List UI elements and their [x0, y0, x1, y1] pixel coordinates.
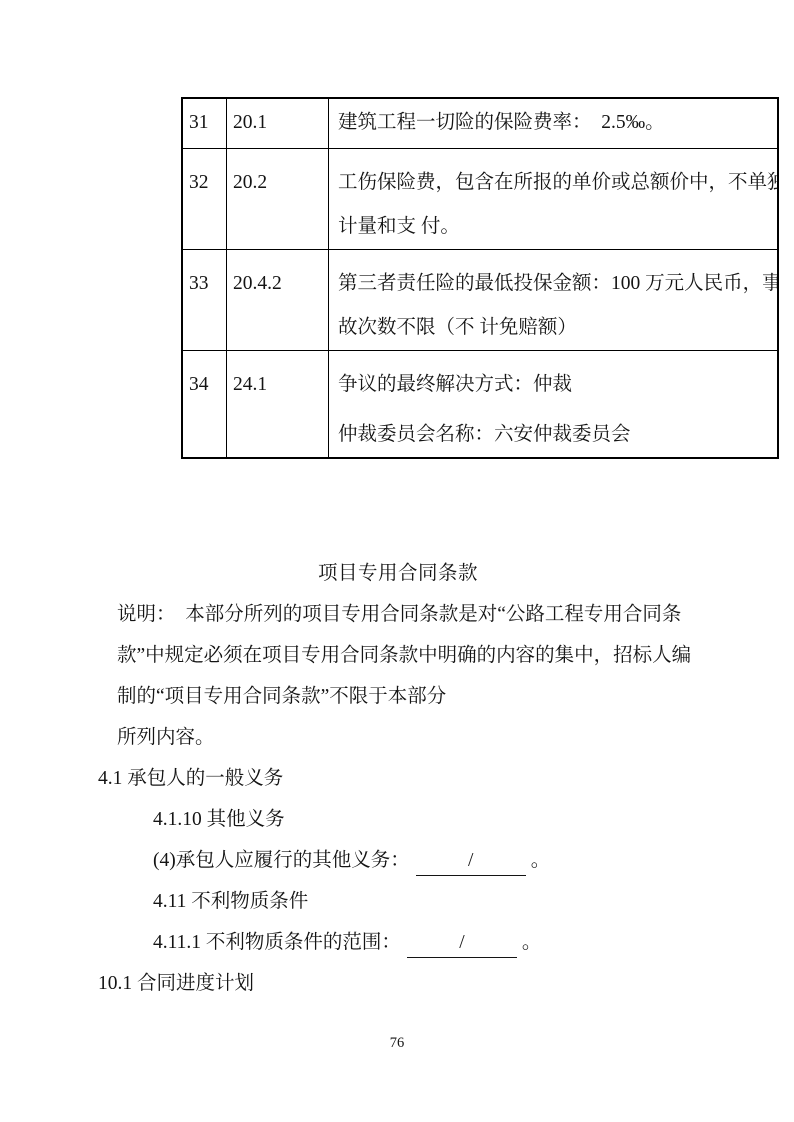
row-number: 31 [189, 101, 226, 145]
clause-number: 20.1 [233, 101, 328, 145]
row-number-cell: 33 [182, 249, 227, 350]
note-line: 制的“项目专用合同条款”不限于本部分 [117, 676, 698, 717]
fill-in-blank: / [407, 931, 517, 958]
clause-number-cell: 20.2 [227, 148, 329, 249]
clause-content-cell: 建筑工程一切险的保险费率： 2.5‰。 [329, 98, 779, 148]
clause-item-label: (4)承包人应履行的其他义务： [153, 850, 410, 871]
clause-number-cell: 20.1 [227, 98, 329, 148]
clause-item-label: 4.11.1 不利物质条件的范围： [153, 932, 401, 953]
blank-suffix: 。 [531, 850, 551, 871]
clause-content-cell: 第三者责任险的最低投保金额：100 万元人民币，事 故次数不限（不 计免赔额） [329, 249, 779, 350]
clause-content-line: 故次数不限（不 计免赔额） [338, 306, 777, 350]
section-title: 项目专用合同条款 [98, 553, 698, 594]
clause-content-cell: 争议的最终解决方式：仲裁 仲裁委员会名称：六安仲裁委员会 [329, 350, 779, 458]
table-row: 31 20.1 建筑工程一切险的保险费率： 2.5‰。 [182, 98, 778, 148]
contract-clauses-table: 31 20.1 建筑工程一切险的保险费率： 2.5‰。 32 20.2 工伤保险… [181, 97, 779, 459]
clause-content-line: 仲裁委员会名称：六安仲裁委员会 [338, 413, 777, 457]
clause-content-line: 建筑工程一切险的保险费率： 2.5‰。 [338, 101, 777, 145]
table-row: 32 20.2 工伤保险费，包含在所报的单价或总额价中，不单独 计量和支 付。 [182, 148, 778, 249]
clause-content-cell: 工伤保险费，包含在所报的单价或总额价中，不单独 计量和支 付。 [329, 148, 779, 249]
clause-heading-text: 4.1 承包人的一般义务 [98, 768, 283, 789]
row-number: 33 [189, 262, 226, 306]
clause-subheading-text: 4.11 不利物质条件 [153, 891, 308, 912]
clause-subheading: 4.1.10 其他义务 [153, 799, 698, 840]
clause-item-with-blank: 4.11.1 不利物质条件的范围：/。 [153, 922, 698, 963]
fill-in-blank: / [416, 849, 526, 876]
clause-number-cell: 24.1 [227, 350, 329, 458]
row-number: 34 [189, 363, 226, 407]
clause-content-line: 工伤保险费，包含在所报的单价或总额价中，不单独 [338, 161, 777, 205]
clause-heading-text: 10.1 合同进度计划 [98, 973, 254, 994]
clause-subheading: 4.11 不利物质条件 [153, 881, 698, 922]
row-number: 32 [189, 161, 226, 205]
note-line: 所列内容。 [117, 717, 698, 758]
note-line: 说明： 本部分所列的项目专用合同条款是对“公路工程专用合同条 [117, 594, 698, 635]
clause-item-with-blank: (4)承包人应履行的其他义务：/。 [153, 840, 698, 881]
clause-content-line: 争议的最终解决方式：仲裁 [338, 363, 777, 407]
note-line: 款”中规定必须在项目专用合同条款中明确的内容的集中，招标人编 [117, 635, 698, 676]
clause-heading: 4.1 承包人的一般义务 [98, 758, 698, 799]
clause-content-line: 第三者责任险的最低投保金额：100 万元人民币，事 [338, 262, 777, 306]
table-row: 33 20.4.2 第三者责任险的最低投保金额：100 万元人民币，事 故次数不… [182, 249, 778, 350]
clause-heading: 10.1 合同进度计划 [98, 963, 698, 1004]
clause-content-line: 计量和支 付。 [338, 205, 777, 249]
row-number-cell: 31 [182, 98, 227, 148]
clause-subheading-text: 4.1.10 其他义务 [153, 809, 285, 830]
document-page: 31 20.1 建筑工程一切险的保险费率： 2.5‰。 32 20.2 工伤保险… [0, 0, 794, 1122]
clause-number: 20.4.2 [233, 262, 328, 306]
clause-number-cell: 20.4.2 [227, 249, 329, 350]
clause-number: 20.2 [233, 161, 328, 205]
table-row: 34 24.1 争议的最终解决方式：仲裁 仲裁委员会名称：六安仲裁委员会 [182, 350, 778, 458]
clause-number: 24.1 [233, 363, 328, 407]
blank-suffix: 。 [522, 932, 542, 953]
section-body: 项目专用合同条款 说明： 本部分所列的项目专用合同条款是对“公路工程专用合同条 … [98, 553, 698, 1004]
page-number: 76 [0, 1033, 794, 1053]
row-number-cell: 34 [182, 350, 227, 458]
row-number-cell: 32 [182, 148, 227, 249]
